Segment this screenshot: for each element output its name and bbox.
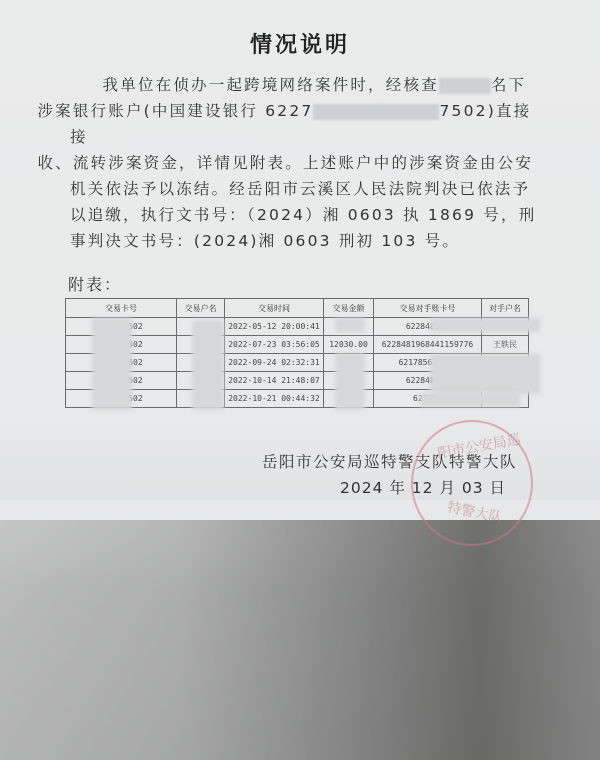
header-counter-card: 交易对手账卡号	[374, 299, 482, 318]
header-time: 交易时间	[225, 299, 324, 318]
header-card: 交易卡号	[66, 299, 177, 318]
text-line1-end: 名下	[491, 76, 526, 94]
redaction-blur	[335, 318, 365, 332]
signature-org: 岳阳市公安局巡特警支队特警大队	[262, 450, 517, 472]
cell-time: 2022-10-21 00:44:32	[225, 390, 324, 408]
cell-time: 2022-10-14 21:48:07	[225, 372, 324, 390]
cell-counter-name: 王轶民	[482, 336, 529, 354]
text-line1: 我单位在侦办一起跨境网络案件时，经核查	[103, 76, 439, 94]
redacted-name	[439, 78, 491, 94]
document-title: 情况说明	[0, 28, 600, 59]
signature-date: 2024 年 12 月 03 日	[340, 476, 506, 498]
redaction-blur	[192, 320, 224, 410]
header-name: 交易户名	[177, 299, 225, 318]
paragraph: 我单位在侦办一起跨境网络案件时，经核查名下 涉案银行账户(中国建设银行 6227…	[70, 72, 540, 254]
cell-time: 2022-05-12 20:00:41	[225, 318, 324, 336]
cell-counter-card: 6228481968441159776	[374, 336, 482, 354]
table-header-row: 交易卡号 交易户名 交易时间 交易金额 交易对手账卡号 对手户名	[66, 299, 529, 318]
redaction-blur	[92, 318, 132, 410]
text-line2: 涉案银行账户(中国建设银行 6227	[37, 102, 313, 120]
redaction-blur	[430, 318, 540, 332]
cell-time: 2022-07-23 03:56:05	[225, 336, 324, 354]
header-counter-name: 对手户名	[482, 299, 529, 318]
document-body: 我单位在侦办一起跨境网络案件时，经核查名下 涉案银行账户(中国建设银行 6227…	[70, 72, 540, 254]
text-rest: 收、流转涉案资金，详情见附表。上述账户中的涉案资金由公安机关依法予以冻结。经岳阳…	[37, 154, 536, 250]
cell-time: 2022-09-24 02:32:31	[225, 354, 324, 372]
redacted-account	[313, 104, 439, 120]
cell-amount: 12030.00	[324, 336, 374, 354]
table-row: 622…87502 2022-07-23 03:56:05 12030.00 6…	[66, 336, 529, 354]
bottom-shadow	[0, 520, 600, 760]
redaction-blur	[430, 354, 540, 394]
redaction-blur	[420, 393, 520, 407]
appendix-label: 附表：	[68, 272, 122, 295]
header-amount: 交易金额	[324, 299, 374, 318]
redaction-blur	[335, 353, 365, 410]
